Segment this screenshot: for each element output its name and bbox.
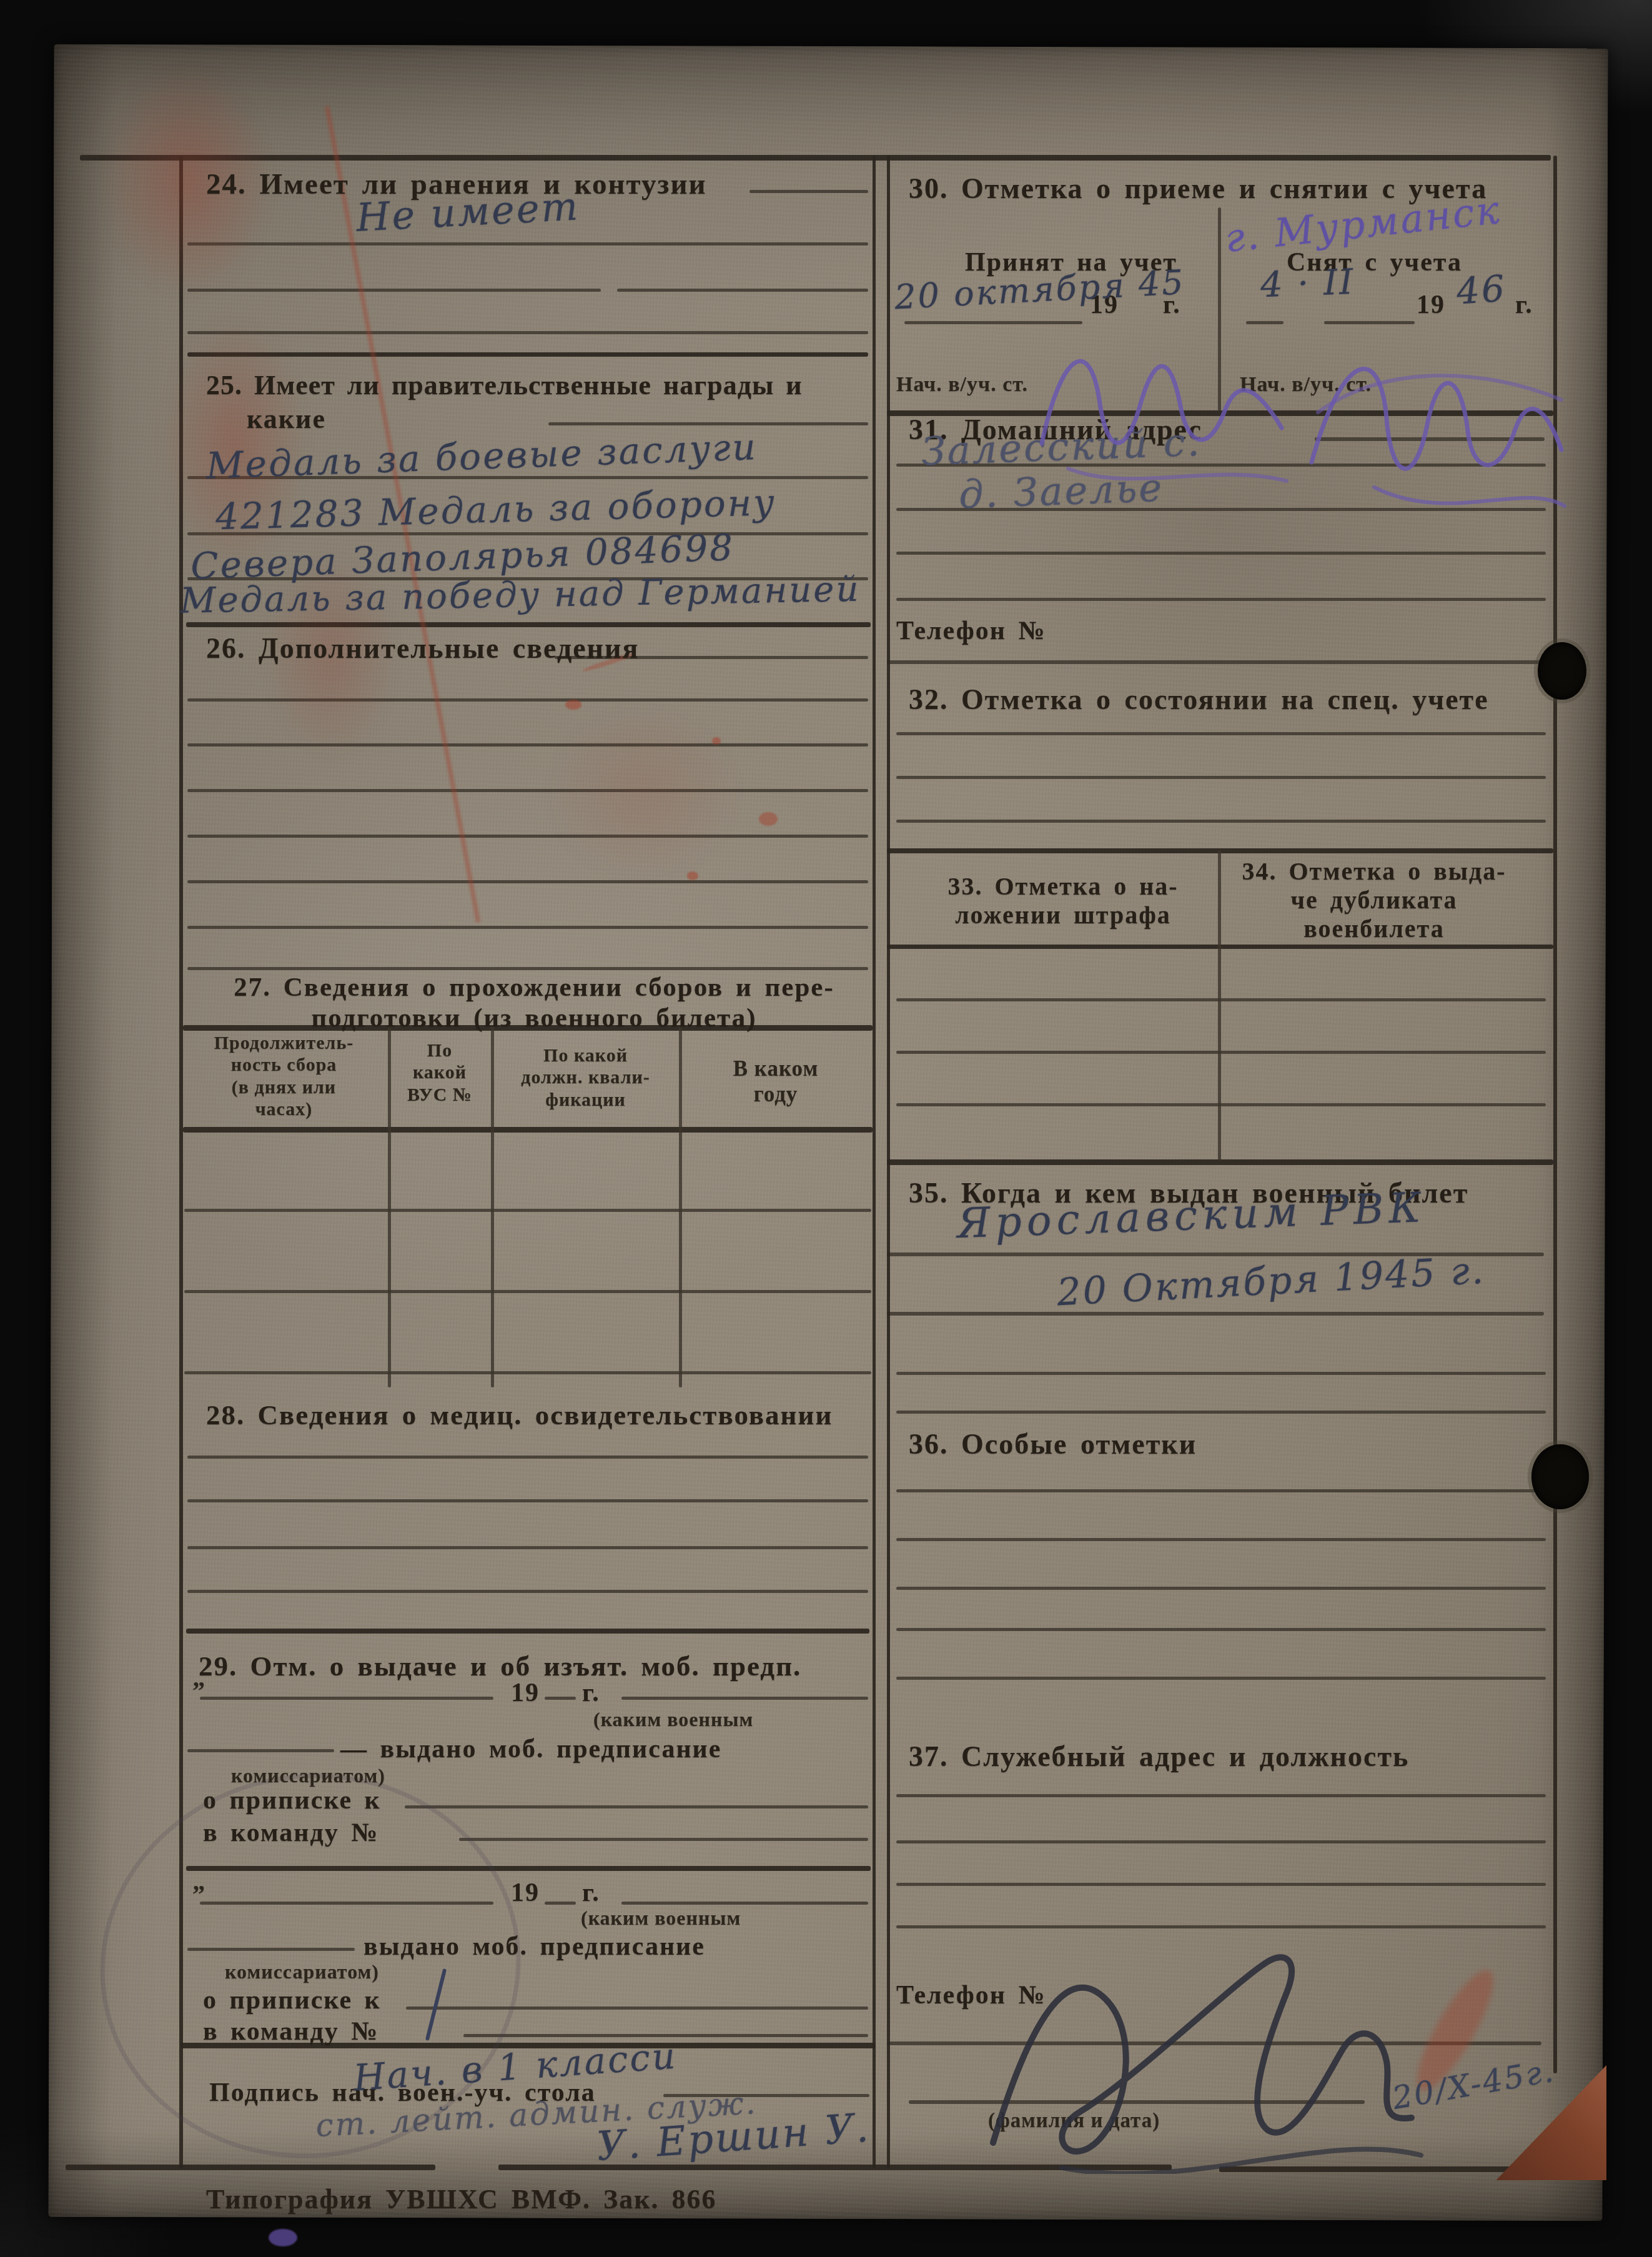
ruled-line xyxy=(405,1805,868,1808)
ruled-line xyxy=(896,552,1546,555)
punch-hole xyxy=(1538,642,1586,700)
ruled-line xyxy=(896,1794,1546,1797)
ruled-line xyxy=(896,1628,1546,1631)
year-prefix: 19 xyxy=(1417,290,1445,320)
ruled-line xyxy=(184,1290,871,1293)
issuer-hint-top: (каким военным xyxy=(593,1708,753,1732)
issuer-hint-top: (каким военным xyxy=(581,1907,741,1930)
field-32-label: 32. Отметка о состоянии на спец. учете xyxy=(909,683,1546,717)
table-27-col-header-qualification: По какой должн. квали- фикации xyxy=(493,1044,678,1111)
ruled-line xyxy=(621,1902,868,1905)
year-prefix: 19 xyxy=(511,1678,540,1708)
field-25-label: 25. Имеет ли правительственные награды и xyxy=(206,370,874,402)
ruled-line xyxy=(896,1411,1546,1414)
ruled-line xyxy=(187,1456,868,1459)
ruled-line xyxy=(187,789,868,792)
ruled-line xyxy=(459,1838,868,1841)
ruled-line xyxy=(896,1372,1546,1375)
ruled-line xyxy=(187,1499,868,1502)
ruled-line xyxy=(184,1209,871,1212)
ruled-line xyxy=(187,835,868,838)
ruled-line xyxy=(887,660,1550,664)
year-suffix: г. xyxy=(1515,290,1533,320)
year-suffix: г. xyxy=(582,1678,600,1708)
column-divider xyxy=(887,156,890,2168)
ruled-line xyxy=(66,2165,435,2170)
ruled-line xyxy=(617,289,868,292)
ruled-line xyxy=(896,1051,1546,1054)
ruled-line xyxy=(896,732,1546,735)
ruled-line xyxy=(187,1749,334,1752)
ruled-line xyxy=(187,880,868,883)
ruled-line xyxy=(187,331,868,334)
ruled-line xyxy=(896,1103,1546,1106)
ruled-line xyxy=(896,1489,1546,1492)
field-36-label: 36. Особые отметки xyxy=(909,1428,1296,1461)
removed-year-handwriting: 46 xyxy=(1455,267,1508,312)
ruled-line xyxy=(187,967,868,970)
officer-signature-dark xyxy=(974,1924,1424,2174)
ruled-line xyxy=(187,926,868,929)
ruled-line xyxy=(621,1697,868,1700)
removed-date-handwriting: 4 · II xyxy=(1260,260,1411,305)
ruled-line xyxy=(183,1127,873,1133)
year-prefix: 19 xyxy=(511,1878,540,1908)
ruled-line xyxy=(1324,321,1415,324)
team-number-label: в команду № xyxy=(203,2016,379,2046)
ruled-line xyxy=(187,289,601,292)
attach-to-label: о приписке к xyxy=(203,1985,381,2015)
column-divider xyxy=(873,156,876,2168)
punch-hole xyxy=(1531,1444,1589,1509)
field-28-label: 28. Сведения о медиц. освидетельствовани… xyxy=(206,1399,881,1432)
year-suffix: г. xyxy=(582,1878,600,1908)
ruled-line xyxy=(545,1902,576,1905)
field-34-label: 34. Отметка о выда- че дубликата военбил… xyxy=(1227,857,1521,943)
ruled-line xyxy=(896,998,1546,1001)
ruled-line xyxy=(896,1587,1546,1590)
column-divider xyxy=(1218,850,1221,1161)
day-quote-mark: ” xyxy=(192,1675,205,1705)
ruled-line xyxy=(545,1697,576,1700)
records-chief-label: Нач. в/уч. ст. xyxy=(896,372,1028,397)
field-27-title: 27. Сведения о прохождении сборов и пере… xyxy=(200,972,868,1034)
table-27-col-header-duration: Продолжитель- ность сбора (в днях или ча… xyxy=(182,1032,385,1121)
phone-number-label: Телефон № xyxy=(896,616,1109,646)
issuer-hint-bottom: комиссариатом) xyxy=(231,1764,385,1788)
ruled-line xyxy=(184,1371,871,1374)
chief-signature-purple xyxy=(1031,312,1293,500)
field-25-label-cont: какие xyxy=(247,404,409,435)
ruled-line xyxy=(186,622,871,627)
ruled-line xyxy=(200,1697,493,1700)
ruled-line xyxy=(187,1590,868,1593)
ruled-line xyxy=(896,820,1546,823)
ruled-line xyxy=(896,776,1546,779)
ruled-line xyxy=(887,1312,1544,1316)
ruled-line xyxy=(187,743,868,747)
print-shop-imprint: Типография УВШХС ВМФ. Зак. 866 xyxy=(206,2184,781,2216)
field-33-label: 33. Отметка о на- ложении штрафа xyxy=(919,872,1207,930)
field-37-label: 37. Служебный адрес и должность xyxy=(909,1740,1508,1773)
ruled-line xyxy=(187,1546,868,1549)
table-27-col-header-year: В каком году xyxy=(682,1056,869,1108)
scanned-photo: 24. Имеет ли ранения и контузии Не имеет… xyxy=(0,0,1652,2257)
chief-signature-purple xyxy=(1299,325,1568,518)
ruled-line xyxy=(896,1840,1546,1843)
ruled-line xyxy=(80,155,1551,161)
field-26-label: 26. Дополнительные сведения xyxy=(206,632,718,665)
day-quote-mark: ” xyxy=(192,1879,205,1908)
issuer-hint-bottom: комиссариатом) xyxy=(225,1960,379,1984)
attach-to-label: о приписке к xyxy=(203,1785,381,1815)
ruled-line xyxy=(896,598,1546,601)
ruled-line xyxy=(896,1538,1546,1541)
ruled-line xyxy=(187,352,868,357)
ruled-line xyxy=(187,698,868,702)
ruled-line xyxy=(896,1677,1546,1680)
ruled-line xyxy=(896,1883,1546,1886)
purple-blot xyxy=(269,2229,297,2246)
table-27-col-header-vus: По какой ВУС № xyxy=(390,1039,489,1106)
issued-mob-order: — выдано моб. предписание xyxy=(340,1734,884,1764)
ruled-line xyxy=(187,242,868,246)
ruled-line xyxy=(186,1629,869,1634)
team-number-label: в команду № xyxy=(203,1818,379,1848)
issued-mob-order: выдано моб. предписание xyxy=(364,1932,888,1962)
